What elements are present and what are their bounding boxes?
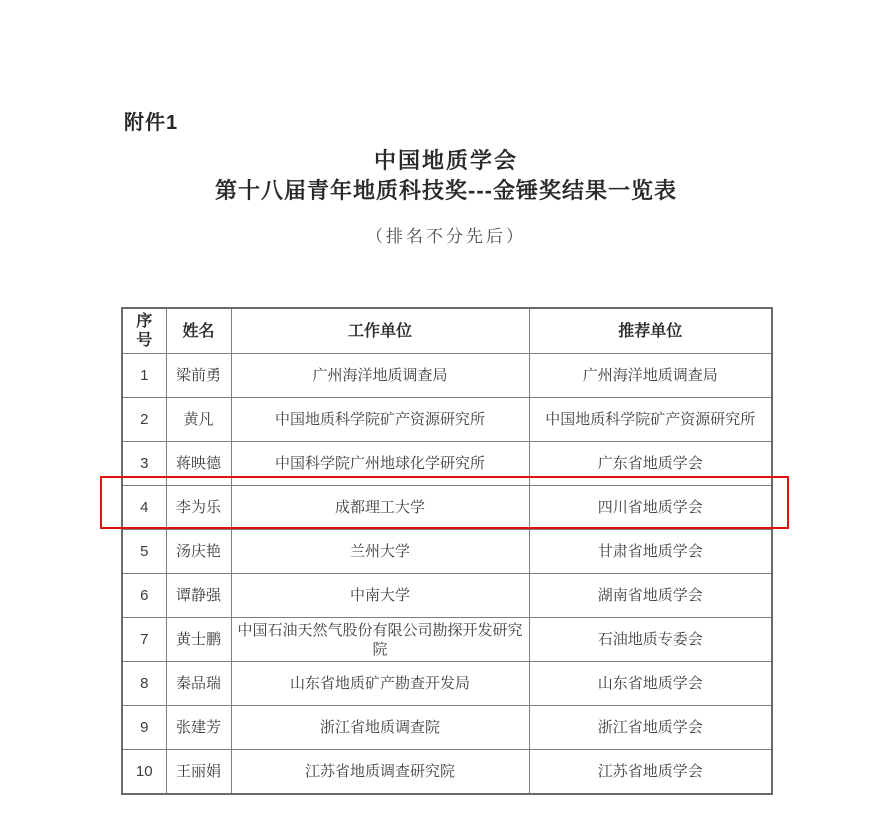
cell-work-unit: 浙江省地质调查院 bbox=[231, 706, 529, 750]
cell-recommender: 江苏省地质学会 bbox=[529, 750, 772, 795]
cell-work-unit: 江苏省地质调查研究院 bbox=[231, 750, 529, 795]
cell-name: 蒋映德 bbox=[166, 442, 231, 486]
header-name: 姓名 bbox=[166, 308, 231, 354]
cell-work-unit: 兰州大学 bbox=[231, 530, 529, 574]
table-header-row: 序号 姓名 工作单位 推荐单位 bbox=[122, 308, 772, 354]
cell-name: 汤庆艳 bbox=[166, 530, 231, 574]
cell-serial-number: 7 bbox=[122, 618, 166, 662]
cell-work-unit: 山东省地质矿产勘查开发局 bbox=[231, 662, 529, 706]
cell-recommender: 四川省地质学会 bbox=[529, 486, 772, 530]
cell-recommender: 浙江省地质学会 bbox=[529, 706, 772, 750]
attachment-label: 附件1 bbox=[124, 106, 178, 135]
cell-recommender: 广东省地质学会 bbox=[529, 442, 772, 486]
cell-recommender: 中国地质科学院矿产资源研究所 bbox=[529, 398, 772, 442]
cell-work-unit: 广州海洋地质调查局 bbox=[231, 354, 529, 398]
cell-work-unit: 成都理工大学 bbox=[231, 486, 529, 530]
cell-recommender: 甘肃省地质学会 bbox=[529, 530, 772, 574]
document-title-line2: 第十八届青年地质科技奖---金锤奖结果一览表 bbox=[122, 176, 770, 206]
cell-recommender: 石油地质专委会 bbox=[529, 618, 772, 662]
award-results-table: 序号 姓名 工作单位 推荐单位 1梁前勇广州海洋地质调查局广州海洋地质调查局2黄… bbox=[121, 307, 773, 795]
table-row: 6谭静强中南大学湖南省地质学会 bbox=[122, 574, 772, 618]
table-row: 10王丽娟江苏省地质调查研究院江苏省地质学会 bbox=[122, 750, 772, 795]
table-row: 3蒋映德中国科学院广州地球化学研究所广东省地质学会 bbox=[122, 442, 772, 486]
table-row: 1梁前勇广州海洋地质调查局广州海洋地质调查局 bbox=[122, 354, 772, 398]
cell-name: 谭静强 bbox=[166, 574, 231, 618]
cell-recommender: 湖南省地质学会 bbox=[529, 574, 772, 618]
cell-serial-number: 9 bbox=[122, 706, 166, 750]
ranking-note: （排名不分先后） bbox=[122, 222, 770, 247]
cell-name: 张建芳 bbox=[166, 706, 231, 750]
cell-recommender: 山东省地质学会 bbox=[529, 662, 772, 706]
cell-serial-number: 4 bbox=[122, 486, 166, 530]
cell-serial-number: 3 bbox=[122, 442, 166, 486]
cell-name: 秦品瑞 bbox=[166, 662, 231, 706]
cell-serial-number: 2 bbox=[122, 398, 166, 442]
cell-name: 王丽娟 bbox=[166, 750, 231, 795]
cell-name: 黄士鹏 bbox=[166, 618, 231, 662]
cell-name: 李为乐 bbox=[166, 486, 231, 530]
table-row: 4李为乐成都理工大学四川省地质学会 bbox=[122, 486, 772, 530]
table-row: 2黄凡中国地质科学院矿产资源研究所中国地质科学院矿产资源研究所 bbox=[122, 398, 772, 442]
table-row: 5汤庆艳兰州大学甘肃省地质学会 bbox=[122, 530, 772, 574]
table-row: 9张建芳浙江省地质调查院浙江省地质学会 bbox=[122, 706, 772, 750]
cell-serial-number: 5 bbox=[122, 530, 166, 574]
cell-name: 黄凡 bbox=[166, 398, 231, 442]
cell-serial-number: 10 bbox=[122, 750, 166, 795]
cell-serial-number: 1 bbox=[122, 354, 166, 398]
table-row: 8秦品瑞山东省地质矿产勘查开发局山东省地质学会 bbox=[122, 662, 772, 706]
cell-work-unit: 中南大学 bbox=[231, 574, 529, 618]
header-serial-number: 序号 bbox=[122, 308, 166, 354]
cell-work-unit: 中国地质科学院矿产资源研究所 bbox=[231, 398, 529, 442]
cell-serial-number: 8 bbox=[122, 662, 166, 706]
header-recommender: 推荐单位 bbox=[529, 308, 772, 354]
heading-block: 中国地质学会 第十八届青年地质科技奖---金锤奖结果一览表 （排名不分先后） bbox=[122, 148, 770, 247]
cell-name: 梁前勇 bbox=[166, 354, 231, 398]
cell-serial-number: 6 bbox=[122, 574, 166, 618]
document-title-line1: 中国地质学会 bbox=[122, 148, 770, 174]
header-work-unit: 工作单位 bbox=[231, 308, 529, 354]
cell-work-unit: 中国石油天然气股份有限公司勘探开发研究院 bbox=[231, 618, 529, 662]
table-row: 7黄士鹏中国石油天然气股份有限公司勘探开发研究院石油地质专委会 bbox=[122, 618, 772, 662]
cell-work-unit: 中国科学院广州地球化学研究所 bbox=[231, 442, 529, 486]
table-body: 1梁前勇广州海洋地质调查局广州海洋地质调查局2黄凡中国地质科学院矿产资源研究所中… bbox=[122, 354, 772, 795]
cell-recommender: 广州海洋地质调查局 bbox=[529, 354, 772, 398]
document-page: 附件1 中国地质学会 第十八届青年地质科技奖---金锤奖结果一览表 （排名不分先… bbox=[0, 0, 888, 838]
